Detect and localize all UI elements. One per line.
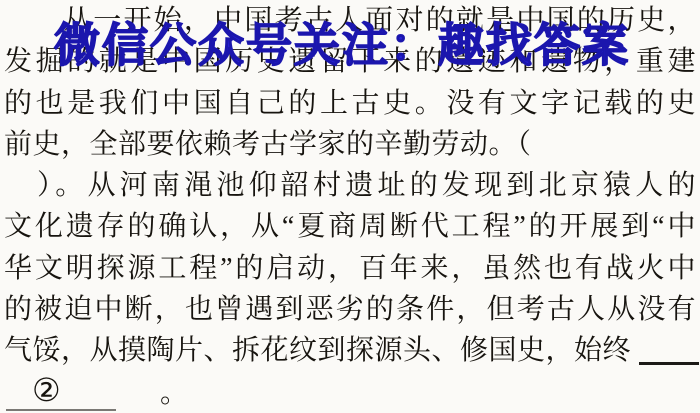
sentence-period-mark: 。 [160, 374, 189, 413]
passage-line-2: 发掘的就是中国历史遗留下来的遗迹和遗物，重建 [0, 41, 700, 82]
circled-number-2-marker: ② [32, 370, 61, 410]
scanned-exam-page: 微信公众号关注：趣找答案 从一开始，中国考古人面对的就是中国的历史， 发掘的就是… [0, 0, 700, 413]
passage-line-8: 的被迫中断，也曾遇到恶劣的条件，但考古人从没有 [0, 289, 700, 330]
passage-line-9-text: 气馁，从摸陶片、拆花纹到探源头、修国史，始终 [4, 330, 631, 371]
answer-footer-line: ② 。 [0, 372, 700, 412]
passage-line-9: 气馁，从摸陶片、拆花纹到探源头、修国史，始终 [0, 330, 700, 371]
passage-line-6: 文化遗存的确认，从“夏商周断代工程”的开展到“中 [0, 206, 700, 247]
passage-line-3: 的也是我们中国自己的上古史。没有文字记载的史 [0, 83, 700, 124]
fill-in-blank-line [639, 330, 699, 364]
passage-line-4: 前史，全部要依赖考古学家的辛勤劳动。（ [0, 124, 700, 165]
passage-line-1: 从一开始，中国考古人面对的就是中国的历史， [0, 0, 700, 41]
passage-text-block: 从一开始，中国考古人面对的就是中国的历史， 发掘的就是中国历史遗留下来的遗迹和遗… [0, 0, 700, 412]
passage-line-5: ）。从河南渑池仰韶村遗址的发现到北京猿人的 [0, 165, 700, 206]
passage-line-7: 华文明探源工程”的启动，百年来，虽然也有战火中 [0, 248, 700, 289]
